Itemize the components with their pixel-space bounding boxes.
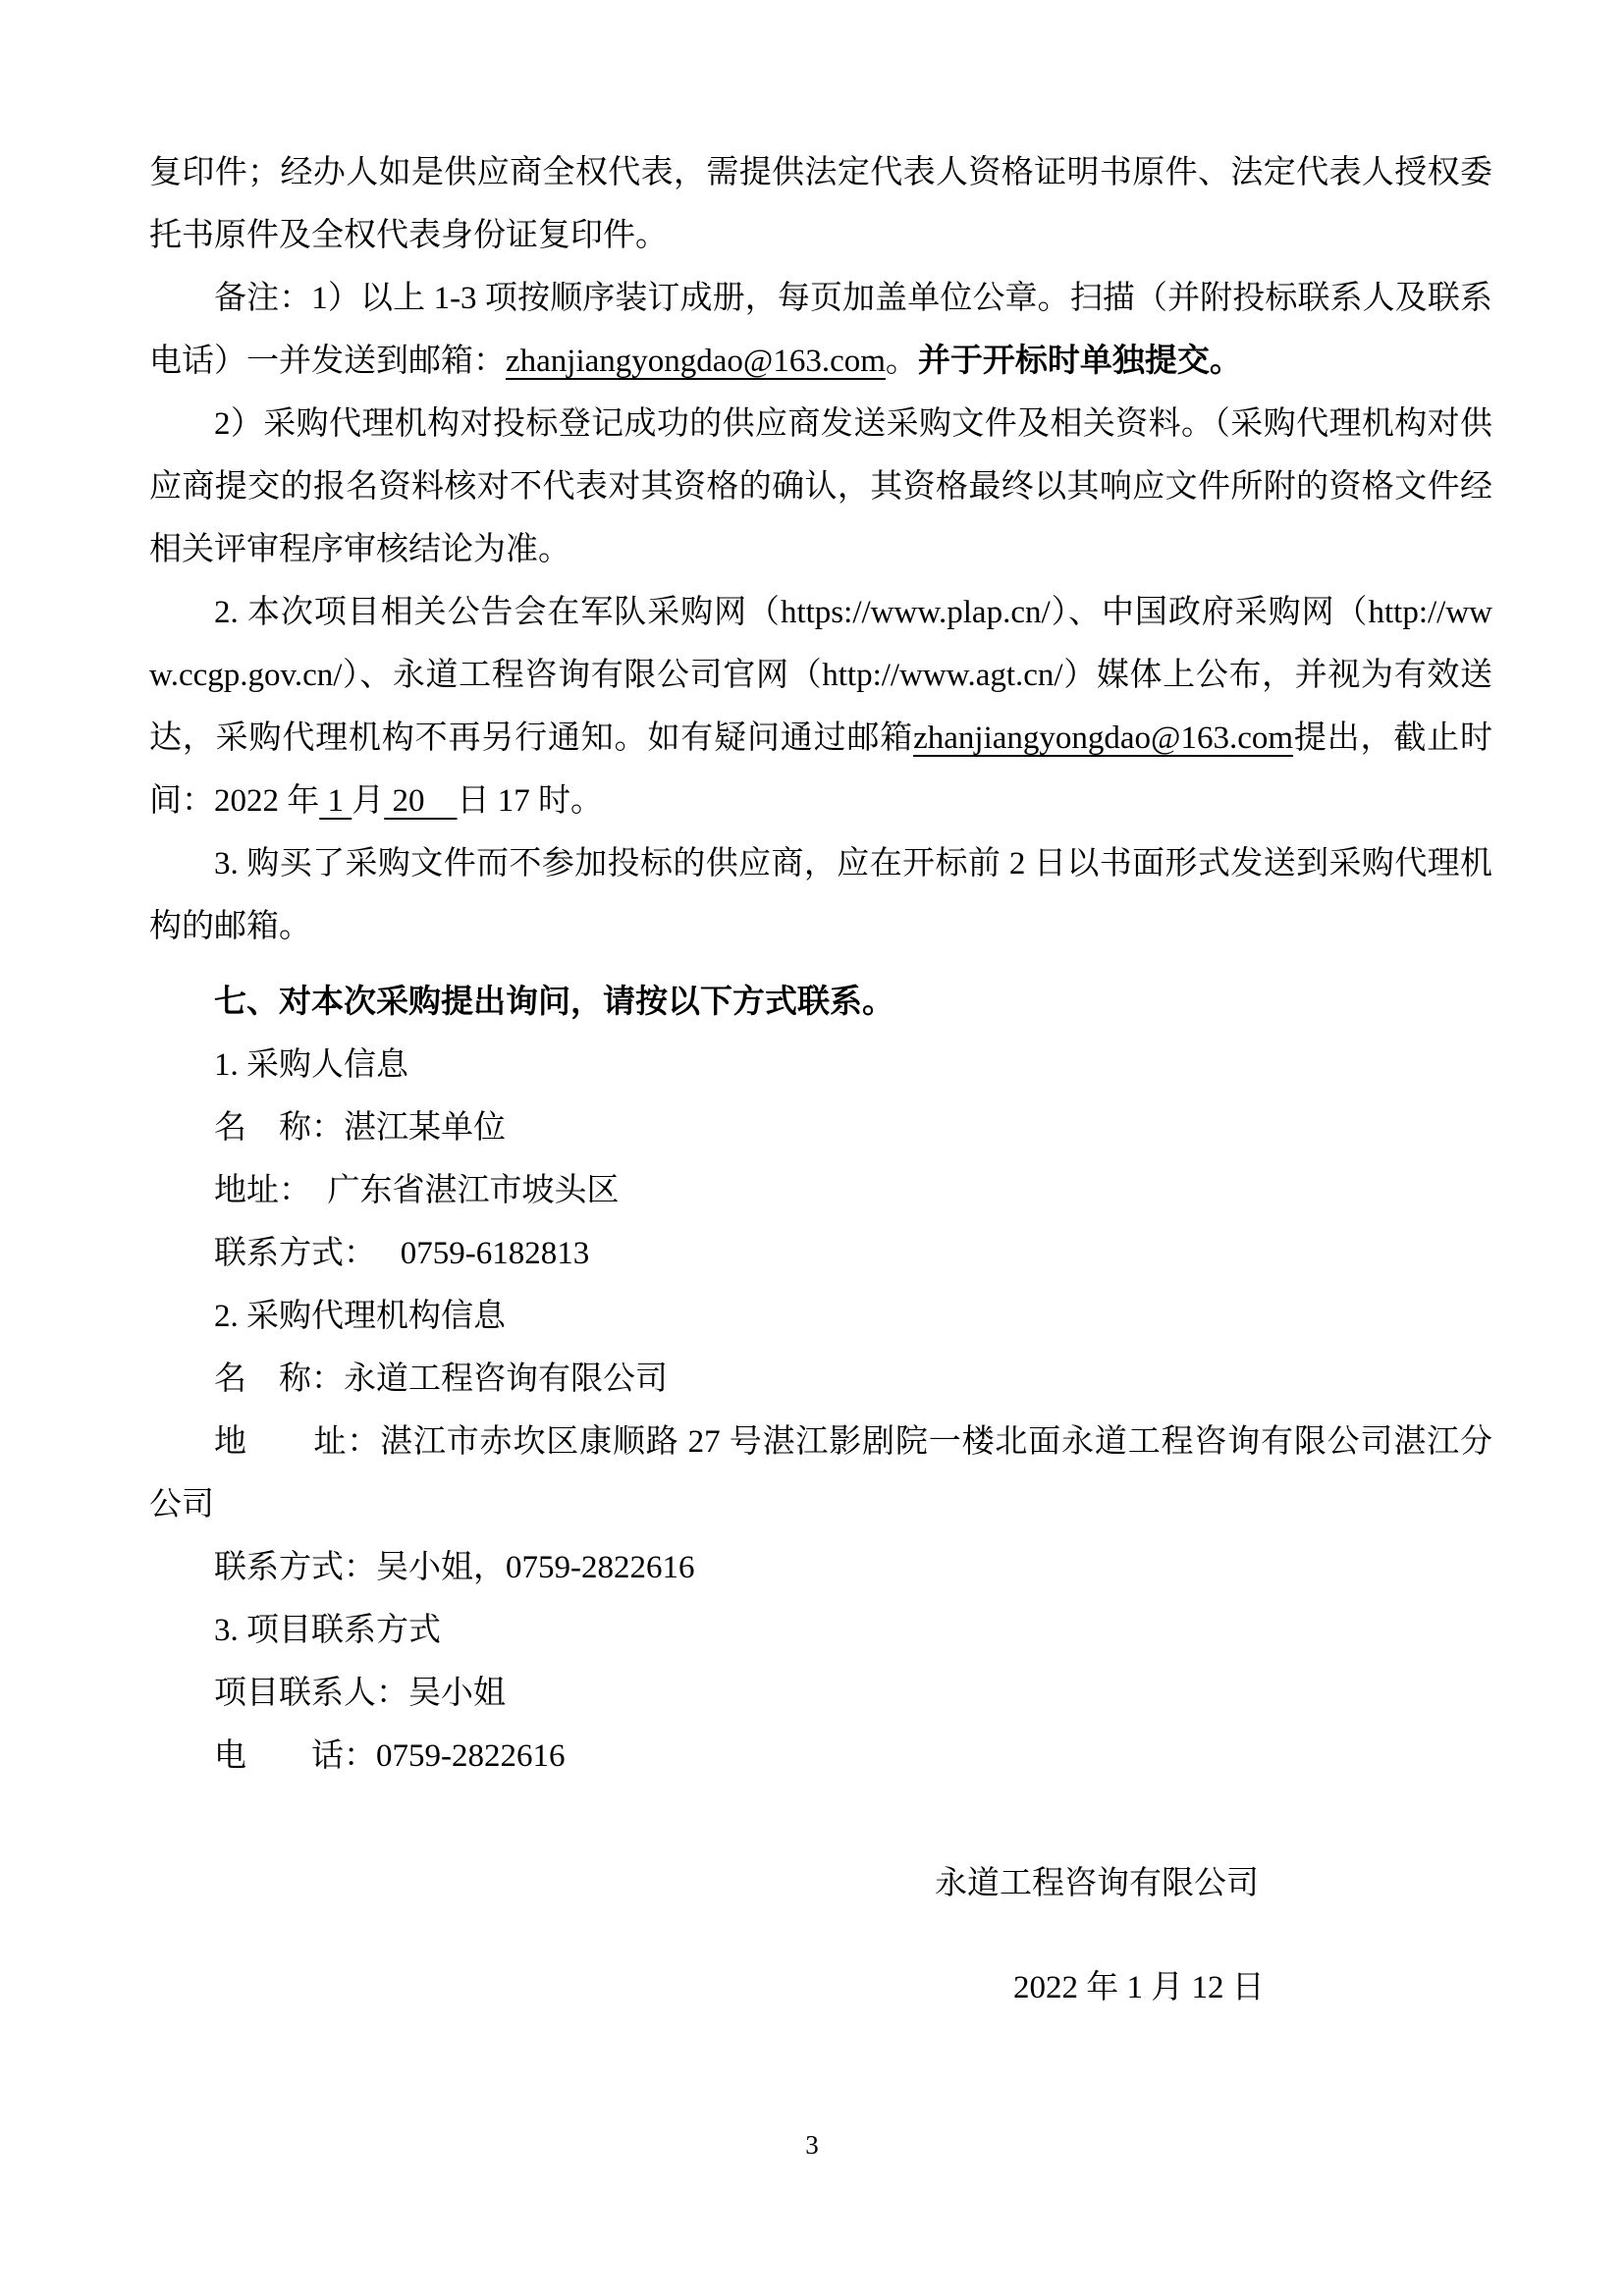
para-2-announcement-media: 2. 本次项目相关公告会在军队采购网（https://www.plap.cn/）… (149, 581, 1492, 832)
text-segment: 并于开标时单独提交。 (918, 344, 1242, 379)
text-segment: 名 称：永道工程咨询有限公司 (214, 1362, 668, 1397)
text-segment: 名 称：湛江某单位 (214, 1110, 506, 1146)
line-project-contact-phone: 电 话：0759-2822616 (149, 1725, 1492, 1788)
text-segment: 地 址：湛江市赤坎区康顺路 27 号湛江影剧院一楼北面永道工程咨询有限公司湛江分… (149, 1424, 1492, 1522)
line-purchaser-phone: 联系方式： 0759-6182813 (149, 1222, 1492, 1285)
text-segment: 联系方式：吴小姐，0759-2822616 (214, 1550, 695, 1585)
text-segment: 电 话：0759-2822616 (214, 1738, 566, 1774)
text-segment: 3. 项目联系方式 (214, 1613, 441, 1648)
heading-section-7-contact-methods: 七、对本次采购提出询问，请按以下方式联系。 (149, 971, 1492, 1034)
line-agency-address: 地 址：湛江市赤坎区康顺路 27 号湛江影剧院一楼北面永道工程咨询有限公司湛江分… (149, 1411, 1492, 1536)
text-segment: 项目联系人：吴小姐 (214, 1676, 506, 1711)
line-agency-phone: 联系方式：吴小姐，0759-2822616 (149, 1536, 1492, 1599)
text-segment: 地址： 广东省湛江市坡头区 (214, 1173, 620, 1208)
line-project-contact-title: 3. 项目联系方式 (149, 1599, 1492, 1662)
text-segment: 。 (886, 344, 918, 379)
text-segment: 月 (352, 783, 384, 819)
text-segment: 3. 购买了采购文件而不参加投标的供应商，应在开标前 2 日以书面形式发送到采购… (149, 846, 1492, 944)
line-project-contact-person: 项目联系人：吴小姐 (149, 1662, 1492, 1725)
text-segment: 复印件；经办人如是供应商全权代表，需提供法定代表人资格证明书原件、法定代表人授权… (149, 155, 1492, 253)
line-purchaser-address: 地址： 广东省湛江市坡头区 (149, 1159, 1492, 1222)
document-page: 复印件；经办人如是供应商全权代表，需提供法定代表人资格证明书原件、法定代表人授权… (0, 0, 1624, 2296)
signature-date: 2022 年 1 月 12 日 (1013, 1956, 1492, 2019)
text-segment: 七、对本次采购提出询问，请按以下方式联系。 (214, 985, 894, 1020)
line-purchaser-info-title: 1. 采购人信息 (149, 1034, 1492, 1096)
para-copy-requirements-continuation: 复印件；经办人如是供应商全权代表，需提供法定代表人资格证明书原件、法定代表人授权… (149, 141, 1492, 267)
underlined-text: 20 (384, 783, 457, 819)
document-body: 复印件；经办人如是供应商全权代表，需提供法定代表人资格证明书原件、法定代表人授权… (149, 141, 1492, 1788)
para-note-1-binding-and-email: 备注：1）以上 1-3 项按顺序装订成册，每页加盖单位公章。扫描（并附投标联系人… (149, 267, 1492, 393)
document-content: 复印件；经办人如是供应商全权代表，需提供法定代表人资格证明书原件、法定代表人授权… (149, 141, 1492, 2019)
para-3-non-participation-notice: 3. 购买了采购文件而不参加投标的供应商，应在开标前 2 日以书面形式发送到采购… (149, 832, 1492, 958)
signature-company: 永道工程咨询有限公司 (935, 1852, 1492, 1915)
underlined-text: 1 (319, 783, 352, 819)
para-note-2-agency-confirmation: 2）采购代理机构对投标登记成功的供应商发送采购文件及相关资料。（采购代理机构对供… (149, 393, 1492, 581)
line-agency-name: 名 称：永道工程咨询有限公司 (149, 1348, 1492, 1411)
text-segment: 联系方式： 0759-6182813 (214, 1236, 589, 1271)
text-segment: 日 17 时。 (458, 783, 604, 819)
underlined-text: zhanjiangyongdao@163.com (506, 344, 886, 379)
underlined-text: zhanjiangyongdao@163.com (913, 721, 1293, 756)
line-purchaser-name: 名 称：湛江某单位 (149, 1096, 1492, 1159)
text-segment: 2）采购代理机构对投标登记成功的供应商发送采购文件及相关资料。（采购代理机构对供… (149, 406, 1492, 567)
text-segment: 1. 采购人信息 (214, 1047, 408, 1083)
line-agency-info-title: 2. 采购代理机构信息 (149, 1285, 1492, 1348)
text-segment: 2. 采购代理机构信息 (214, 1299, 506, 1334)
page-number: 3 (0, 2130, 1624, 2160)
